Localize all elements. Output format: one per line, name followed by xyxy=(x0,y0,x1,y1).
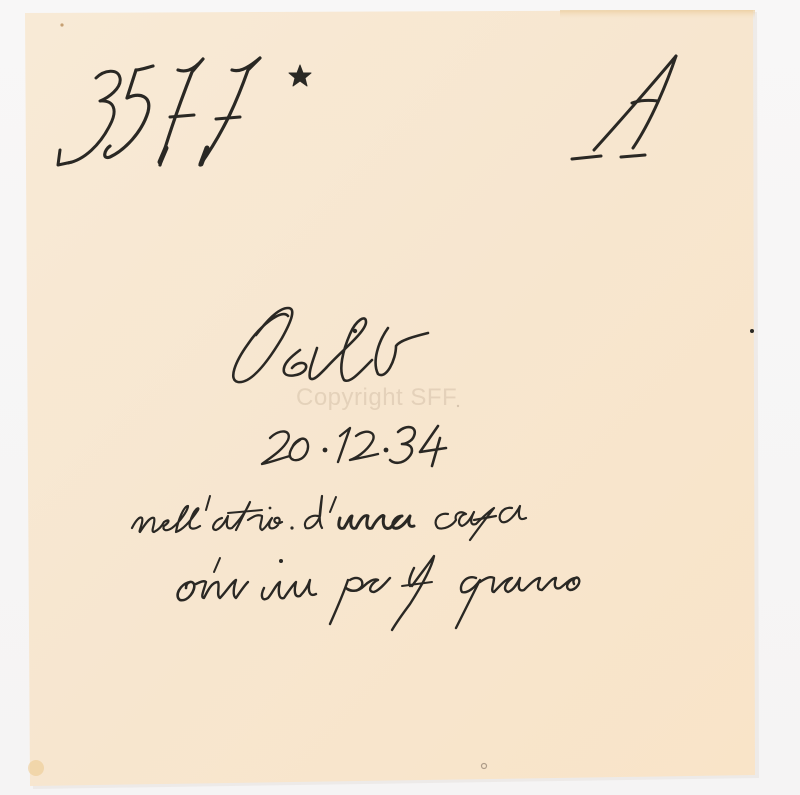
scan-background: 3577 * A Osilo xyxy=(0,0,800,795)
